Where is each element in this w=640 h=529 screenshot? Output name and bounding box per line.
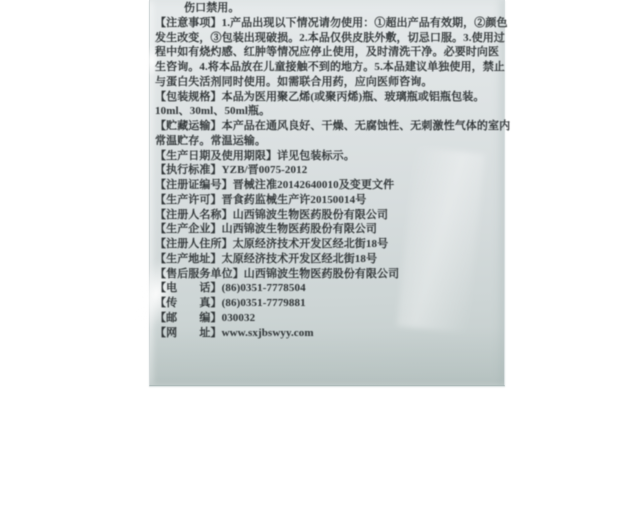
label-line-production-date: 【生产日期及使用期限】详见包装标示。	[155, 149, 489, 164]
label-line-registration-no: 【注册证编号】晋械注准20142640010及变更文件	[155, 178, 489, 193]
label-line: 生咨询。4.将本品放在儿童接触不到的地方。5.本品建议单独使用，禁止	[155, 60, 489, 75]
label-line-registrant-name: 【注册人名称】山西锦波生物医药股份有限公司	[155, 208, 489, 223]
photo-background: 伤口禁用。 【注意事项】1.产品出现以下情况请勿使用：①超出产品有效期，②颜色 …	[0, 0, 640, 529]
label-line-telephone: 【电 话】(86)0351-7778504	[155, 281, 489, 296]
label-line-production-address: 【生产地址】太原经济技术开发区经北街18号	[155, 252, 489, 267]
label-line-registrant-address: 【注册人住所】太原经济技术开发区经北街18号	[155, 237, 489, 252]
label-line-website: 【网 址】www.sxjbswyy.com	[155, 326, 489, 341]
label-line: 发生改变，③包装出现破损。2.本品仅供皮肤外敷，切忌口服。3.使用过	[155, 31, 489, 46]
label-line-postcode: 【邮 编】030032	[155, 311, 489, 326]
label-line: 10ml、30ml、50ml瓶。	[155, 104, 489, 119]
label-line-manufacturer: 【生产企业】山西锦波生物医药股份有限公司	[155, 222, 489, 237]
label-line-packaging-spec: 【包装规格】本品为医用聚乙烯(或聚丙烯)瓶、玻璃瓶或铝瓶包装。	[155, 90, 489, 105]
label-text-block: 伤口禁用。 【注意事项】1.产品出现以下情况请勿使用：①超出产品有效期，②颜色 …	[155, 1, 489, 340]
label-line-production-license: 【生产许可】晋食药监械生产许20150014号	[155, 193, 489, 208]
label-line: 程中如有烧灼感、红肿等情况应停止使用，及时清洗干净。必要时向医	[155, 45, 489, 60]
paper-label: 伤口禁用。 【注意事项】1.产品出现以下情况请勿使用：①超出产品有效期，②颜色 …	[149, 0, 505, 386]
label-line-precautions: 【注意事项】1.产品出现以下情况请勿使用：①超出产品有效期，②颜色	[155, 16, 489, 31]
label-line: 常温贮存。常温运输。	[155, 134, 489, 149]
label-line-after-sales: 【售后服务单位】山西锦波生物医药股份有限公司	[155, 267, 489, 282]
label-line: 与蛋白失活剂同时使用。如需联合用药，应向医师咨询。	[155, 75, 489, 90]
label-line-standard: 【执行标准】YZB/晋0075-2012	[155, 163, 489, 178]
label-line-storage-transport: 【贮藏运输】本产品在通风良好、干燥、无腐蚀性、无刺激性气体的室内	[155, 119, 489, 134]
label-line: 伤口禁用。	[155, 1, 489, 16]
label-line-fax: 【传 真】(86)0351-7779881	[155, 296, 489, 311]
